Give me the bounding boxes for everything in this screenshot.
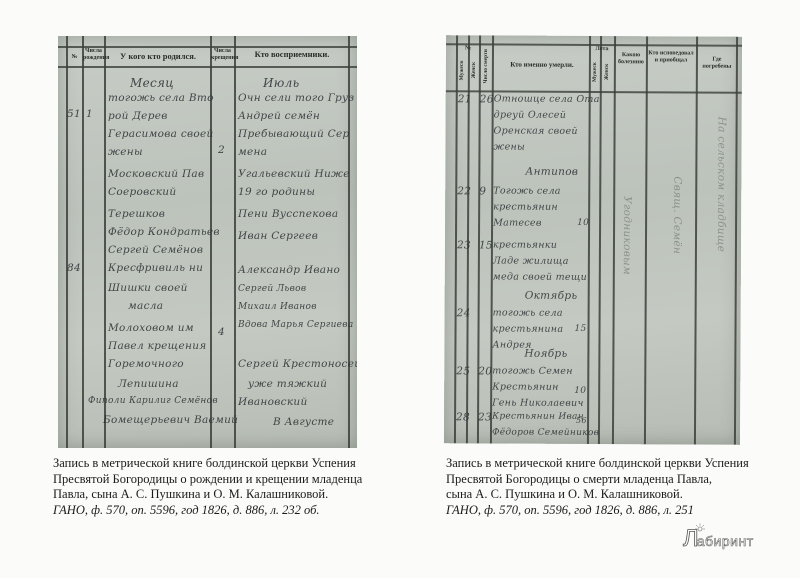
handwriting-line: Оренская своей <box>494 125 578 136</box>
handwriting-line: Кресфривиль ни <box>108 262 203 274</box>
labirint-watermark: Л абиринт <box>683 529 754 549</box>
entry-day: 1 <box>86 108 93 120</box>
handwriting-line: Сергей Крестоносец <box>238 358 357 370</box>
entry-number: 25 <box>456 365 470 377</box>
caption-line: Запись в метрической книге болдинской це… <box>446 456 749 472</box>
handwriting-line: Молоховом им <box>108 322 194 334</box>
handwriting-line: Пени Вусспекова <box>238 208 338 220</box>
entry-day: 15 <box>479 239 493 251</box>
column-rule <box>644 36 648 444</box>
header-parents: У кого кто родился. <box>108 52 208 61</box>
handwriting-line: рой Дерев <box>108 110 168 122</box>
handwriting-line: Фёдоров Семейников <box>492 427 599 438</box>
column-rule <box>104 36 106 448</box>
entry-day: 20 <box>478 365 492 377</box>
entry-number: 21 <box>458 93 472 105</box>
baptism-day: 4 <box>218 326 225 338</box>
handwriting-line: Октябрь <box>525 290 578 302</box>
entry-number: 28 <box>456 411 470 423</box>
handwriting-line: Антипов <box>525 166 578 178</box>
entry-day: 9 <box>479 185 486 197</box>
handwriting-vertical: Свящ. Семён <box>671 176 683 254</box>
handwriting-line: тогожь села <box>493 307 563 318</box>
entry-number: 51 <box>67 108 81 120</box>
handwriting-line: крестьянина <box>493 323 564 334</box>
handwriting-line: крестьянки <box>493 239 557 250</box>
header-death-date: Число смерти <box>483 47 489 85</box>
handwriting-line: Ноябрь <box>524 348 567 360</box>
sun-icon <box>695 523 705 533</box>
header-age-female: Женск <box>604 58 610 86</box>
entry-number: 22 <box>457 185 471 197</box>
age-value: 10 <box>574 386 586 396</box>
handwriting-line: Соеровский <box>108 186 176 198</box>
handwriting-line: Павел крещения <box>108 340 207 352</box>
handwriting-line: Крестьянин <box>492 381 559 392</box>
handwriting-line: Сергей Львов <box>238 284 306 294</box>
handwriting-line: Месяц <box>130 76 174 90</box>
handwriting-line: Очн сели того Груз <box>238 92 354 104</box>
header-male: Мужеск <box>459 55 465 85</box>
entry-number: 24 <box>457 307 471 319</box>
caption-left: Запись в метрической книге болдинской це… <box>53 456 362 518</box>
handwriting-line: Вдова Марья Сергиева <box>238 320 354 330</box>
header-female: Женск <box>471 55 477 85</box>
header-burial-place: Где погребены <box>698 57 736 70</box>
handwriting-line: Фиполи Карилиг Семёнов <box>88 396 218 406</box>
handwriting-line: Герасимова своей <box>108 128 214 140</box>
baptism-day: 2 <box>218 144 225 156</box>
handwriting-line: Фёдор Кондратьев <box>108 226 220 238</box>
header-disease: Какою болезнию <box>616 52 646 65</box>
watermark-text: абиринт <box>697 533 754 549</box>
entry-number: 23 <box>457 239 471 251</box>
handwriting-line: меда своей тещи <box>493 271 587 282</box>
handwriting-line: Михаил Иванов <box>238 302 317 312</box>
handwriting-line: Отношце села Ота <box>494 93 600 105</box>
handwriting-line: жены <box>108 146 143 158</box>
header-birth-date: Числа рождения <box>83 48 104 61</box>
caption-archive-reference: ГАНО, ф. 570, оп. 5596, год 1826, д. 886… <box>53 503 362 519</box>
birth-register-photo: № Числа рождения У кого кто родился. Чис… <box>58 36 357 448</box>
handwriting-line: крестьянин <box>493 201 558 212</box>
column-rule <box>66 36 68 448</box>
handwriting-line: Ладе жилища <box>493 255 569 266</box>
entry-number: 84 <box>67 262 81 274</box>
handwriting-line: Шишки своей <box>108 282 188 294</box>
table-rule <box>58 66 357 68</box>
handwriting-line: Лепишина <box>118 378 179 390</box>
handwriting-line: мена <box>238 146 267 158</box>
entry-day: 23 <box>478 411 492 423</box>
caption-line: Пресвятой Богородицы о смерти младенца П… <box>446 472 749 488</box>
column-rule <box>612 36 616 444</box>
handwriting-line: Тогожь села <box>493 185 561 196</box>
column-rule <box>734 37 738 445</box>
header-age-male: Мужеск <box>592 58 598 86</box>
handwriting-vertical: На сельском кладбище <box>715 117 728 253</box>
column-rule <box>234 36 236 448</box>
header-confessor: Кто исповедовал и приобщал <box>648 50 694 63</box>
header-number: № <box>456 45 480 52</box>
header-age: Лета <box>590 46 614 53</box>
handwriting-line: Бомещерьевич Ваемий <box>103 414 238 426</box>
handwriting-line: Горемочного <box>108 358 184 370</box>
header-godparents: Кто восприемники. <box>238 50 346 59</box>
handwriting-line: масла <box>128 300 163 312</box>
handwriting-line: Терешков <box>108 208 165 220</box>
header-number: № <box>67 54 82 61</box>
handwriting-line: Сергей Семёнов <box>108 244 203 256</box>
caption-line: Запись в метрической книге болдинской це… <box>53 456 362 472</box>
death-register-photo: № Мужеск Женск Число смерти Число погреб… <box>444 35 742 445</box>
handwriting-line: тогожь Семен <box>492 365 573 376</box>
handwriting-line: Июль <box>263 76 299 90</box>
entry-day: 26 <box>480 93 494 105</box>
handwriting-line: Андрей семён <box>238 110 320 122</box>
caption-line: сына А. С. Пушкина и О. М. Калашниковой. <box>446 487 749 503</box>
age-value: 56 <box>576 416 587 425</box>
handwriting-line: дреуй Олесей <box>494 109 567 120</box>
age-value: 10 <box>577 218 589 228</box>
caption-line: Пресвятой Богородицы о рождении и крещен… <box>53 472 362 488</box>
handwriting-line: Ивановский <box>238 396 308 408</box>
handwriting-line: Иван Сергеев <box>238 230 318 242</box>
handwriting-line: жены <box>493 141 525 152</box>
caption-archive-reference: ГАНО, ф. 570, оп. 5596, год 1826, д. 886… <box>446 503 749 519</box>
handwriting-line: Матесев <box>493 217 542 228</box>
caption-line: Павла, сына А. С. Пушкина и О. М. Калашн… <box>53 487 362 503</box>
handwriting-line: Пребывающий Сер <box>238 128 350 140</box>
handwriting-line: Гень Николаевич <box>492 397 584 408</box>
handwriting-line: Крестьянин Иван <box>492 411 584 421</box>
handwriting-line: уже тяжкий <box>248 378 327 390</box>
handwriting-line: В Августе <box>273 416 334 428</box>
column-rule <box>82 36 84 448</box>
handwriting-line: Александр Ивано <box>238 264 340 276</box>
column-rule <box>694 37 698 445</box>
caption-right: Запись в метрической книге болдинской це… <box>446 456 749 518</box>
handwriting-line: Угальевский Ниже <box>238 168 350 180</box>
header-baptism-date: Числа крещения <box>211 48 234 61</box>
handwriting-vertical: Угодниковым <box>621 196 633 275</box>
header-deceased: Кто именно умерли. <box>496 61 588 69</box>
age-value: 15 <box>575 324 587 334</box>
handwriting-line: тогожь села Вто <box>108 92 214 104</box>
handwriting-line: Московский Пав <box>108 168 204 180</box>
handwriting-line: 19 го родины <box>238 186 315 198</box>
